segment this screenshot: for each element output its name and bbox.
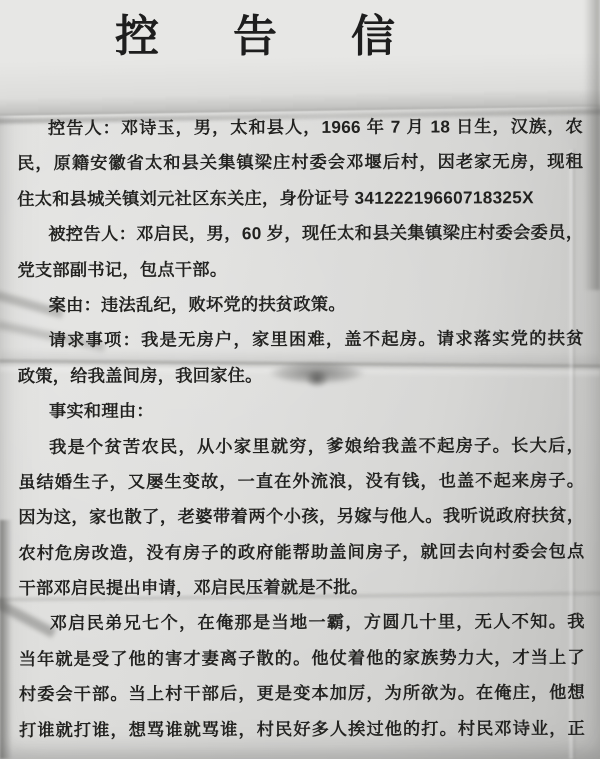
text-line: 邓启民弟兄七个，在俺那是当地一霸，方圆几十里，无人不知。我 bbox=[19, 604, 585, 641]
text-line: 案由：违法乱纪，败坏党的扶贫政策。 bbox=[18, 286, 584, 323]
text-line: 住太和县城关镇刘元社区东关庄，身份证号 34122219660718325X bbox=[17, 180, 583, 217]
text-line: 事实和理由： bbox=[18, 392, 584, 429]
text-line: 当年就是受了他的害才妻离子散的。他仗着他的家族势力大，才当上了 bbox=[19, 640, 585, 677]
complaint-letter-photo: 控 告 信 控告人：邓诗玉，男，太和县人，1966 年 7 月 18 日生，汉族… bbox=[0, 0, 600, 759]
text-line: 农村危房改造，没有房子的政府能帮助盖间房子，就回去向村委会包点 bbox=[18, 534, 584, 571]
text-line: 虽结婚生子，又屡生变故，一直在外流浪，没有钱，也盖不起来房子。 bbox=[18, 463, 584, 500]
text-line: 民，原籍安徽省太和县关集镇梁庄村委会邓堰后村，因老家无房，现租 bbox=[17, 144, 583, 181]
text-line: 干部邓启民提出申请，邓启民压着就是不批。 bbox=[18, 569, 584, 606]
document-title: 控 告 信 bbox=[115, 12, 410, 62]
text-line: 党支部副书记，包点干部。 bbox=[17, 251, 583, 288]
text-line: 政策，给我盖间房，我回家住。 bbox=[18, 357, 584, 394]
text-line: 请求事项：我是无房户，家里困难，盖不起房。请求落实党的扶贫 bbox=[18, 321, 584, 358]
text-line: 打谁就打谁，想骂谁就骂谁，村民好多人挨过他的打。村民邓诗业，正 bbox=[19, 711, 585, 748]
text-line: 被控告人：邓启民，男，60 岁，现任太和县关集镇梁庄村委会委员， bbox=[17, 215, 583, 252]
document-body: 控告人：邓诗玉，男，太和县人，1966 年 7 月 18 日生，汉族，农 民，原… bbox=[17, 109, 585, 748]
paper-edge-shadow-left bbox=[0, 520, 12, 759]
text-line: 控告人：邓诗玉，男，太和县人，1966 年 7 月 18 日生，汉族，农 bbox=[17, 109, 583, 146]
text-line: 村委会干部。当上村干部后，更是变本加厉，为所欲为。在俺庄，他想 bbox=[19, 675, 585, 712]
text-line: 因为这，家也散了，老婆带着两个小孩，另嫁与他人。我听说政府扶贫， bbox=[18, 498, 584, 535]
text-line: 我是个贫苦农民，从小家里就穷，爹娘给我盖不起房子。长大后， bbox=[18, 428, 584, 465]
paper-edge-shadow-right bbox=[584, 0, 600, 290]
